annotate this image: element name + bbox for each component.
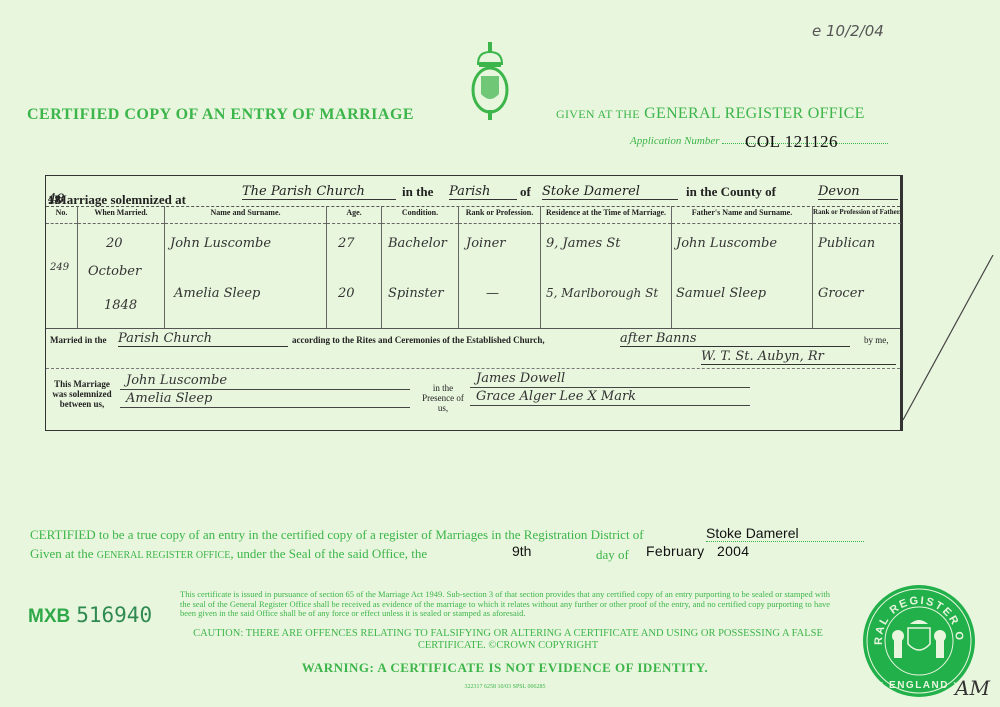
office-name: General Register Office (97, 550, 231, 561)
parish-name: Stoke Damerel (542, 184, 678, 200)
serial-number: MXB516940 (28, 603, 152, 628)
groom-condition: Bachelor (388, 236, 447, 251)
column-header: Rank or Profession of Father. (813, 206, 901, 224)
bride-condition: Spinster (388, 286, 444, 301)
column-residence: Residence at the Time of Marriage. (541, 206, 672, 328)
column-name: Name and Surname. (165, 206, 327, 328)
office-title: Given at the GENERAL REGISTER OFFICE (556, 105, 865, 123)
column-header: Name and Surname. (165, 206, 326, 224)
handwritten-annotation: e 10/2/04 (812, 22, 884, 40)
column-condition: Condition. (382, 206, 459, 328)
office-title-main: GENERAL REGISTER OFFICE (644, 105, 865, 122)
bride-signature: Amelia Sleep (126, 391, 212, 406)
rites-text: according to the Rites and Ceremonies of… (292, 335, 545, 345)
entry-month: October (88, 264, 141, 279)
marriage-register-entry: 1848. Marriage solemnized at The Parish … (45, 175, 903, 431)
handwritten-initials: AM (955, 676, 990, 700)
after-banns: after Banns (620, 331, 850, 347)
royal-crest-icon (470, 42, 510, 122)
pen-stroke-mark (895, 255, 995, 425)
given-at-text: Given at the (30, 546, 94, 561)
entry-number: 249 (50, 262, 69, 273)
form-reference: 322317 6258 10/03 SPSL 006285 (180, 684, 830, 690)
legal-fine-print: This certificate is issued in pursuance … (180, 590, 830, 619)
signature-line (120, 389, 410, 390)
in-the-text: in the (402, 184, 433, 200)
column-rank: Rank or Profession. (459, 206, 541, 328)
column-header: No. (46, 206, 77, 224)
bride-residence: 5, Marlborough St (546, 286, 658, 300)
certification-line-1: CERTIFIED to be a true copy of an entry … (30, 527, 644, 543)
of-text: of (520, 184, 531, 200)
application-number-value: COL 121126 (745, 132, 838, 152)
column-header: Rank or Profession. (459, 206, 540, 224)
svg-text:× ENGLAND ×: × ENGLAND × (877, 680, 960, 691)
bride-age: 20 (338, 286, 355, 301)
marriage-place: The Parish Church (242, 184, 396, 200)
column-header: When Married. (78, 206, 164, 224)
registration-district-value: Stoke Damerel (706, 525, 864, 542)
certification-line-2: Given at the General Register Office, un… (30, 546, 427, 562)
county-text: in the County of (686, 184, 776, 200)
county-name: Devon (818, 184, 898, 200)
day-of-label: day of (596, 547, 629, 563)
parish-label: Parish (449, 184, 517, 200)
column-header: Age. (327, 206, 381, 224)
column-header: Residence at the Time of Marriage. (541, 206, 671, 224)
signature-line (470, 387, 750, 388)
signatures-row: This Marriage was solemnized between us,… (46, 368, 900, 431)
by-me-label: by me, (864, 335, 889, 345)
groom-profession: Joiner (466, 236, 505, 251)
bride-profession: — (486, 286, 499, 301)
bride-name: Amelia Sleep (174, 286, 260, 301)
office-title-prefix: Given at the (556, 107, 640, 121)
groom-father-name: John Luscombe (676, 236, 777, 251)
officiant-signature: W. T. St. Aubyn, Rr (701, 349, 896, 365)
this-marriage-label: This Marriage was solemnized between us, (52, 379, 112, 409)
groom-signature: John Luscombe (126, 373, 227, 388)
married-in-label: Married in the (50, 335, 107, 345)
certification-month-year: February 2004 (646, 543, 749, 559)
married-in-row: Married in the Parish Church according t… (46, 328, 900, 369)
serial-prefix: MXB (28, 606, 70, 627)
identity-warning: WARNING: A CERTIFICATE IS NOT EVIDENCE O… (180, 660, 830, 676)
column-header: Condition. (382, 206, 458, 224)
application-number-label: Application Number (630, 135, 720, 147)
bride-father-profession: Grocer (818, 286, 864, 301)
groom-residence: 9, James St (546, 236, 620, 251)
groom-name: John Luscombe (170, 236, 271, 251)
caution-notice: CAUTION: THERE ARE OFFENCES RELATING TO … (188, 628, 828, 652)
column-father-name: Father's Name and Surname. (672, 206, 813, 328)
register-columns: No. When Married. Name and Surname. Age.… (46, 206, 900, 328)
certificate-title: CERTIFIED COPY OF AN ENTRY OF MARRIAGE (27, 106, 414, 124)
under-seal-text: , under the Seal of the said Office, the (230, 546, 427, 561)
signature-line (120, 407, 410, 408)
register-heading: 1848. Marriage solemnized at The Parish … (46, 176, 900, 207)
signature-line (470, 405, 750, 406)
entry-day: 20 (106, 236, 123, 251)
entry-year: 1848 (104, 298, 137, 313)
witness-2-signature: Grace Alger Lee X Mark (476, 389, 636, 404)
presence-label: in the Presence of us, (420, 383, 466, 413)
groom-age: 27 (338, 236, 355, 251)
groom-father-profession: Publican (818, 236, 875, 251)
column-age: Age. (327, 206, 382, 328)
serial-digits: 516940 (76, 603, 152, 627)
column-father-rank: Rank or Profession of Father. (813, 206, 901, 328)
witness-1-signature: James Dowell (476, 371, 565, 386)
certification-day: 9th (512, 543, 531, 559)
bride-father-name: Samuel Sleep (676, 286, 766, 301)
column-header: Father's Name and Surname. (672, 206, 812, 224)
married-in-value: Parish Church (118, 331, 288, 347)
